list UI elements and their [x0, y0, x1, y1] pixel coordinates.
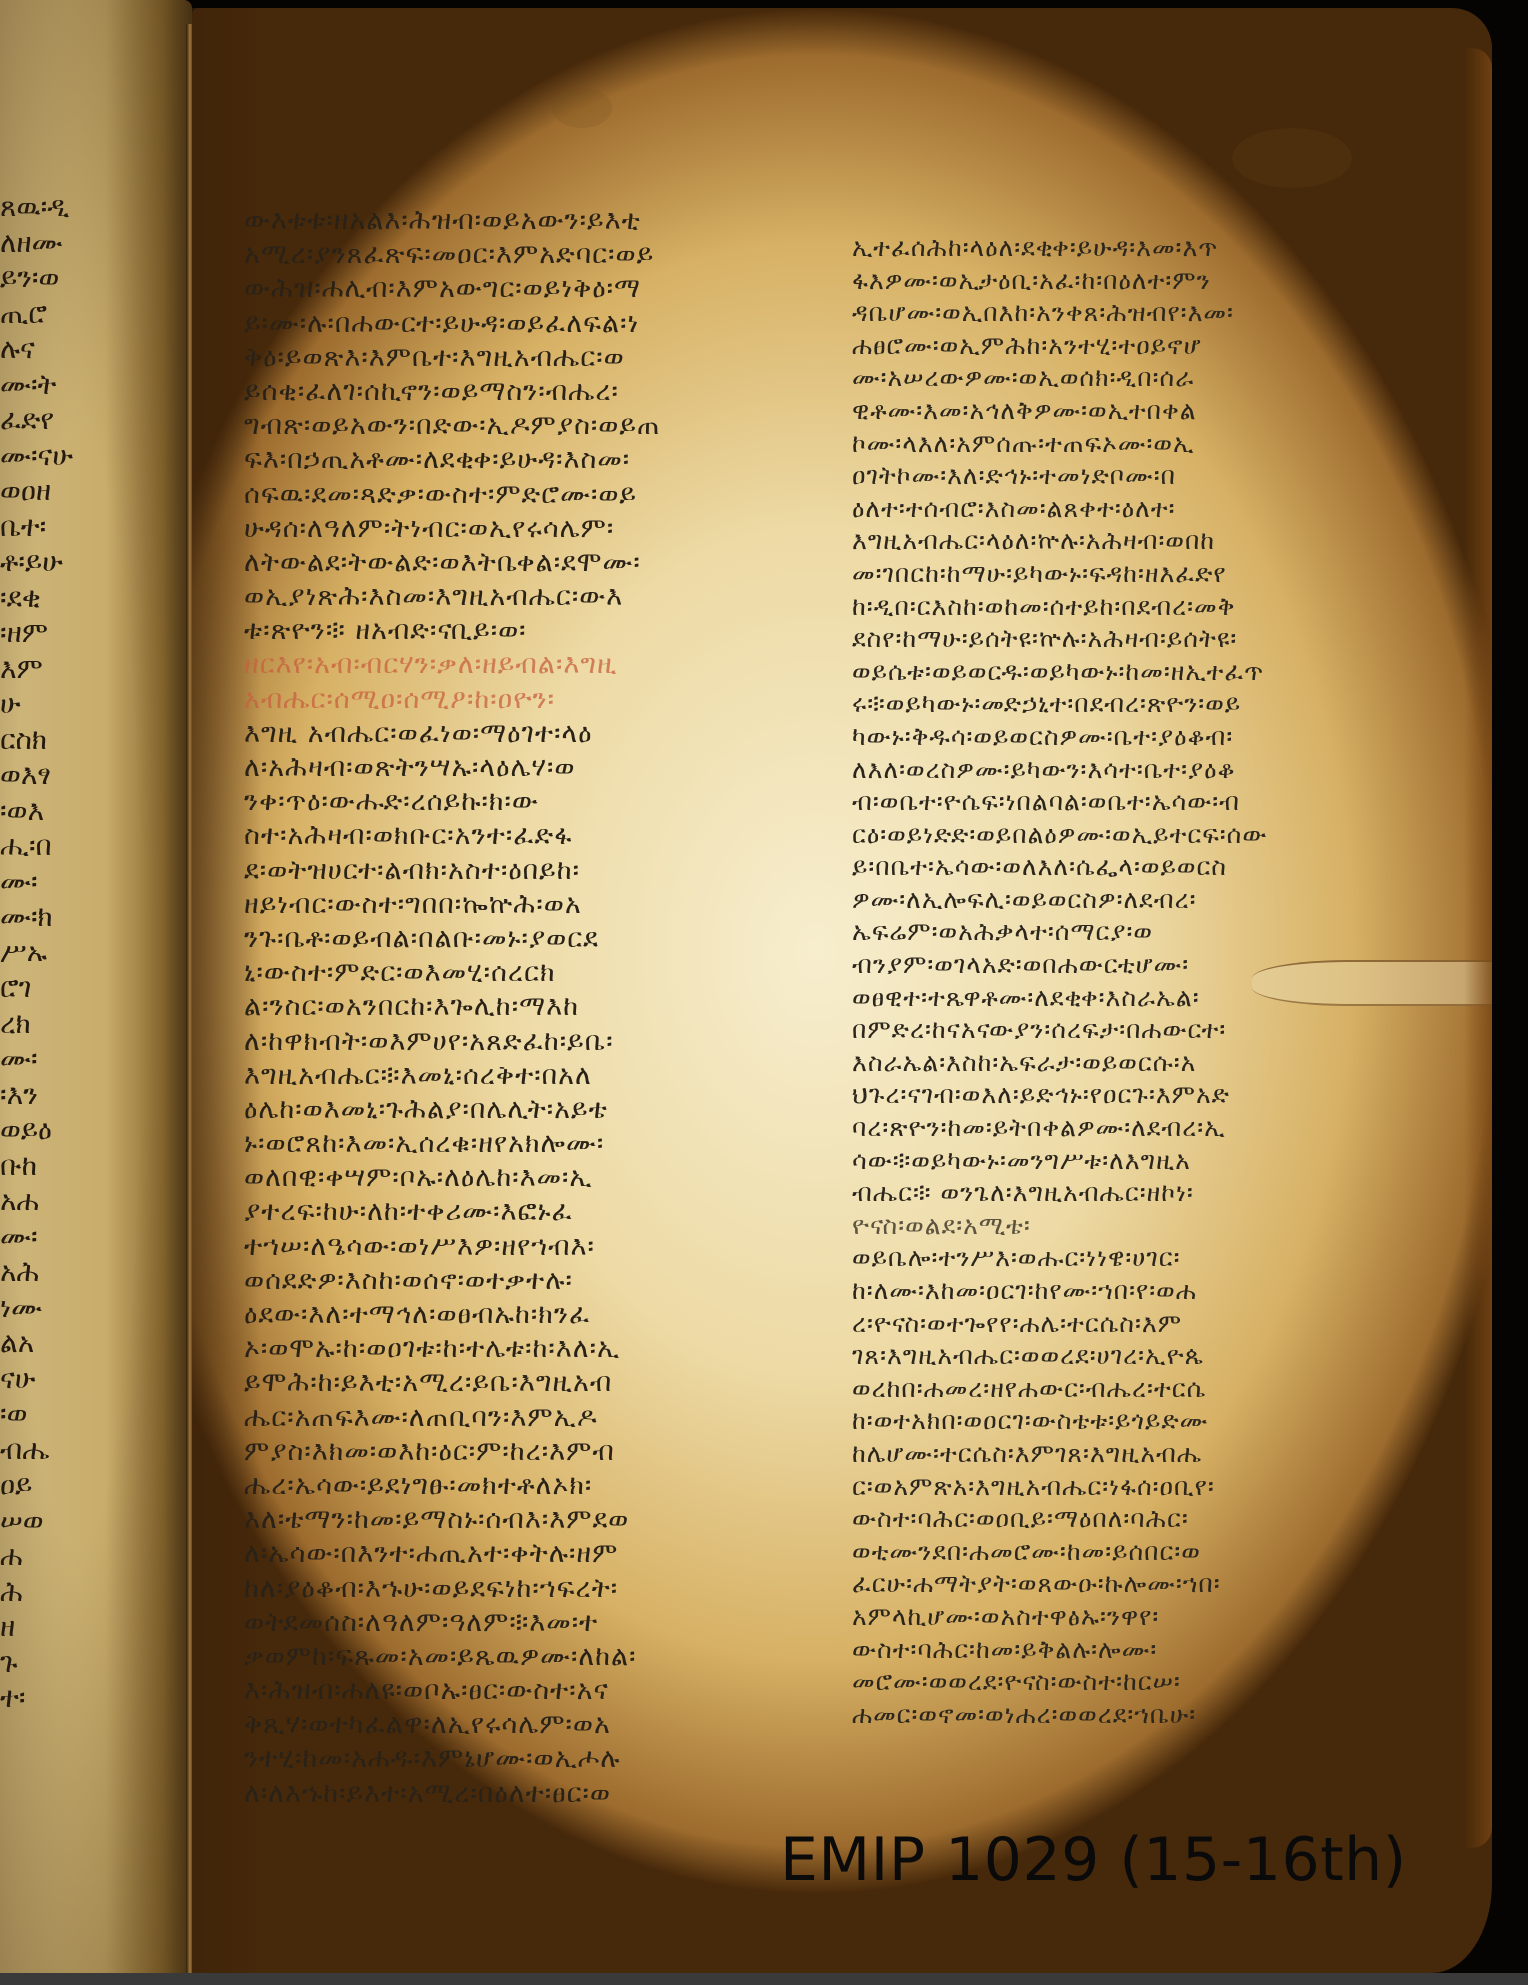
text-line: ብሔር፨ ወንጌለ፡እግዚአብሔር፡ዘኮነ፡ — [852, 1177, 1392, 1210]
text-line: ዘይነብር፡ውስተ፡ግበበ፡ኰኵሕ፡ወአ — [244, 888, 804, 922]
fragment-line: ሁ — [0, 687, 160, 721]
text-line: ለ፡ለእኁከ፡ይእተ፡አሚረ፡በዕለተ፡ፀር፡ወ — [244, 1777, 804, 1811]
text-line: አምላኪሆሙ፡ወአስተዋፅኡ፡ንዋየ፡ — [852, 1601, 1392, 1634]
fragment-line: ርስክ — [0, 723, 160, 757]
fragment-line: ፡እን — [0, 1078, 160, 1112]
fragment-line: ሮገ — [0, 971, 160, 1005]
manuscript-caption: EMIP 1029 (15-16th) — [780, 1825, 1407, 1895]
text-line: ውእቱቱ፡ዘአልእ፡ሕዝብ፡ወይአውን፡ይእቲ — [244, 204, 804, 238]
fragment-line: ዘ — [0, 1610, 160, 1644]
fragment-line: ፡ወ — [0, 1397, 160, 1431]
fragment-line: ረክ — [0, 1007, 160, 1041]
text-line: ሁዳሰ፡ለዓለም፡ትነብር፡ወኢየሩሳሌም፡ — [244, 512, 804, 546]
text-line: ለእለ፡ወረስዎሙ፡ይካውን፡እሳተ፡ቤተ፡ያዕቆ — [852, 754, 1392, 787]
text-line: መ፡ገበርከ፡ከማሁ፡ይካውኑ፡ፍዳከ፡ዘእፈድየ — [852, 558, 1392, 591]
text-line: ከ፡ዲበ፡ርእስከ፡ወከመ፡ሰተይከ፡በደብረ፡መቅ — [852, 591, 1392, 624]
text-line: ፍእ፡በኃጢአቶሙ፡ለደቂቀ፡ይሁዳ፡እስመ፡ — [244, 443, 804, 477]
text-line: ሔረ፡ኤሳው፡ይደነግፁ፡መክተቶለኦክ፡ — [244, 1469, 804, 1503]
fragment-line: ሉና — [0, 332, 160, 366]
text-line: ለ፡ከዋክብት፡ወእምሀየ፡አጸድፈከ፡ይቤ፡ — [244, 1025, 804, 1059]
fragment-line: ሥኡ — [0, 936, 160, 970]
fragment-line: ፡ወእ — [0, 794, 160, 828]
fragment-line: ሙ፡ክ — [0, 900, 160, 934]
text-line: ኒ፡ውስተ፡ምድር፡ወእመሂ፡ሰረርክ — [244, 956, 804, 990]
text-line: ሐፀሮሙ፡ወኢምሕከ፡አንተሂ፡ተዐይኖሆ — [852, 330, 1392, 363]
text-line: ግብጽ፡ወይአውን፡በድው፡ኢዶምያስ፡ወይጠ — [244, 409, 804, 443]
text-line: ዕለተ፡ተሰብሮ፡እስመ፡ልጸቀተ፡ዕለተ፡ — [852, 493, 1392, 526]
text-line: ይ፡ሙ፡ሉ፡በሐውርተ፡ይሁዳ፡ወይፈለፍል፡ነ — [244, 307, 804, 341]
text-line: ውሕዝ፡ሐሊብ፡እምአውግር፡ወይነቅዕ፡ማ — [244, 272, 804, 306]
text-line: ፈርሁ፡ሐማትያት፡ወጸውዑ፡ኩሎሙ፡ኀበ፡ — [852, 1568, 1392, 1601]
rubric-line: ዘርእየ፡አብ፡ብርሃን፡ቃለ፡ዘይብል፡እግዚ — [244, 648, 804, 682]
text-line: ል፡ንስር፡ወአንበርከ፡እጐሊከ፡ማእከ — [244, 990, 804, 1024]
text-line: ወቲሙንደበ፡ሐመሮሙ፡ከመ፡ይሰበር፡ወ — [852, 1536, 1392, 1569]
fragment-line: ቡከ — [0, 1149, 160, 1183]
text-line: እግዚአብሔር፡ላዕለ፡ኵሉ፡አሕዛብ፡ወበከ — [852, 525, 1392, 558]
text-line: ቃወምከ፡ፍጹመ፡አመ፡ይጼዉዎሙ፡ለከል፡ — [244, 1640, 804, 1674]
text-line: ኑ፡ወሮጸከ፡እመ፡ኢሰረቁ፡ዘየአክሎሙ፡ — [244, 1127, 804, 1161]
text-line: ሙ፡አሠረውዎሙ፡ወኢወሰክ፡ዲበ፡ሰራ — [852, 362, 1392, 395]
fragment-line: ሙ፡ — [0, 865, 160, 899]
text-line: ይሰቂ፡ፈለገ፡ሰኪኖን፡ወይማስን፡ብሔረ፡ — [244, 375, 804, 409]
text-line: ብ፡ወቤተ፡ዮሴፍ፡ነበልባል፡ወቤተ፡ኤሳው፡ብ — [852, 786, 1392, 819]
text-line: ወትደመሰስ፡ለዓለም፡ዓለም፨እመ፡ተ — [244, 1606, 804, 1640]
text-line: ከለ፡ያዕቆብ፡እኁሁ፡ወይደፍነከ፡ኀፍረት፡ — [244, 1572, 804, 1606]
fragment-line: ወእፃ — [0, 758, 160, 792]
fragment-line: ብሔ — [0, 1433, 160, 1467]
fragment-line: ወዐዘ — [0, 474, 160, 508]
text-line: ሐመር፡ወኖመ፡ወነሐረ፡ወወረደ፡ኀቤሁ፡ — [852, 1699, 1392, 1732]
fragment-line: ጢሮ — [0, 297, 160, 331]
fragment-line: ነሙ — [0, 1291, 160, 1325]
text-line: ምያስ፡እክመ፡ወእከ፡ዕር፡ም፡ከረ፡እምብ — [244, 1435, 804, 1469]
fragment-line: ይን፡ወ — [0, 261, 160, 295]
text-line: ውስተ፡ባሕር፡ወዐቢይ፡ማዕበለ፡ባሕር፡ — [852, 1503, 1392, 1536]
text-line: ደ፡ወትዝሀርተ፡ልብክ፡አስተ፡ዕበይከ፡ — [244, 854, 804, 888]
text-line: ወኢያነጽሕ፡እስመ፡እግዚአብሔር፡ውእ — [244, 580, 804, 614]
text-line: ለትውልደ፡ትውልድ፡ወእትቤቀል፡ደሞሙ፡ — [244, 546, 804, 580]
text-line: ያተረፍ፡ከሁ፡ለከ፡ተቀሪሙ፡እፎኑፈ — [244, 1195, 804, 1229]
text-line: እግዚአብሔር፨እመኒ፡ሰረቅተ፡በአለ — [244, 1059, 804, 1093]
fragment-line: ሠወ — [0, 1504, 160, 1538]
text-line: ሳው፨ወይካውኑ፡መንግሥቱ፡ለእግዚአ — [852, 1145, 1392, 1178]
text-line: መሮሙ፡ወወረደ፡ዮናስ፡ውስተ፡ከርሠ፡ — [852, 1666, 1392, 1699]
text-line: ወይቤሎ፡ተንሥእ፡ወሑር፡ነነዌ፡ሀገር፡ — [852, 1242, 1392, 1275]
fragment-line: ጸዉ፡ዲ — [0, 190, 160, 224]
fragment-line: ፡ዘም — [0, 616, 160, 650]
fragment-line: ዐይ — [0, 1468, 160, 1502]
text-line: ህጉረ፡ናገብ፡ወእለ፡ይድኅኑ፡የዐርጉ፡እምአድ — [852, 1079, 1392, 1112]
text-line: ንተሂ፡ከመ፡አሐዱ፡እምኔሆሙ፡ወኢሖሉ — [244, 1742, 804, 1776]
text-line: ኤፍሬም፡ወአሕቃላተ፡ሰማርያ፡ወ — [852, 916, 1392, 949]
text-line: ለ፡አሕዛብ፡ወጽትንሣኡ፡ላዕሌሃ፡ወ — [244, 751, 804, 785]
text-line: ቅዕ፡ይወጽእ፡እምቤተ፡እግዚአብሔር፡ወ — [244, 341, 804, 375]
fragment-line: እም — [0, 652, 160, 686]
text-line: ዕሌከ፡ወእመኒ፡ጉሕልያ፡በሌሊት፡አይቴ — [244, 1093, 804, 1127]
text-line: ቅጺሃ፡ወተካፈልዋ፡ለኢየሩሳሌም፡ወአ — [244, 1708, 804, 1742]
fragment-line: ወይዕ — [0, 1113, 160, 1147]
text-line: ወረከበ፡ሐመረ፡ዘየሐውር፡ብሔረ፡ተርሴ — [852, 1373, 1392, 1406]
text-line: ለ፡ኤሳው፡በእንተ፡ሐጢአተ፡ቀትሉ፡ዘም — [244, 1537, 804, 1571]
fragment-line: ናሁ — [0, 1362, 160, 1396]
text-line: ስተ፡አሕዛብ፡ወክቡር፡አንተ፡ፈድፋ — [244, 819, 804, 853]
text-line: ተኀሠ፡ለዔሳው፡ወነሥእዎ፡ዘየኀብእ፡ — [244, 1230, 804, 1264]
text-line: ፋእዎሙ፡ወኢታዕቢ፡አፈ፡ከ፡በዕለተ፡ምን — [852, 265, 1392, 298]
stain — [1232, 128, 1352, 188]
text-line: ረ፡ዮናስ፡ወተጐየየ፡ሐሌ፡ተርሴስ፡እም — [852, 1308, 1392, 1341]
text-line: ንጉ፡ቤቶ፡ወይብል፡በልቡ፡መኑ፡ያወርደ — [244, 922, 804, 956]
text-line: ኮሙ፡ላእለ፡አምሰጡ፡ተጠፍኦሙ፡ወኢ — [852, 428, 1392, 461]
fragment-line: ፡ደቂ — [0, 581, 160, 615]
text-line: ገጸ፡እግዚአብሔር፡ወወረደ፡ሀገረ፡ኢዮጴ — [852, 1340, 1392, 1373]
text-line: ከ፡ለሙ፡እከመ፡ዐርገ፡ከየሙ፡ኀበ፡የ፡ወሐ — [852, 1275, 1392, 1308]
text-line: ወሰደድዎ፡እስከ፡ወሰኖ፡ወተቃተሉ፡ — [244, 1264, 804, 1298]
text-line: ኢተፈሰሕከ፡ላዕለ፡ደቂቀ፡ይሁዳ፡እመ፡እጥ — [852, 232, 1392, 265]
fragment-line: ሙ፡ — [0, 1042, 160, 1076]
text-line: ሩ፨ወይካውኑ፡መድኃኒተ፡በደብረ፡ጽዮን፡ወይ — [852, 688, 1392, 721]
fragment-line: ቤተ፡ — [0, 510, 160, 544]
fragment-line: ሐ — [0, 1539, 160, 1573]
text-column-left: ውእቱቱ፡ዘአልእ፡ሕዝብ፡ወይአውን፡ይእቲአሚረ፡ያንጸፈጽፍ፡መዐር፡እም… — [244, 204, 804, 1811]
fragment-line: ሙ፡ — [0, 1220, 160, 1254]
fragment-line: ሙ፡ናሁ — [0, 439, 160, 473]
text-line: ዐገትኮሙ፡እለ፡ድኅኑ፡ተመነድቦሙ፡በ — [852, 460, 1392, 493]
page-tear-crease — [1252, 960, 1492, 1006]
text-line: በምድረ፡ከናአናውያን፡ሰረፍታ፡በሐውርተ፡ — [852, 1014, 1392, 1047]
text-line: እስራኤል፡እስከ፡ኤፍራታ፡ወይወርሱ፡አ — [852, 1047, 1392, 1080]
text-line: ር፡ወአምጽአ፡እግዚአብሔር፡ነፋሰ፡ዐቢየ፡ — [852, 1471, 1392, 1504]
text-line: አሚረ፡ያንጸፈጽፍ፡መዐር፡እምአድባር፡ወይ — [244, 238, 804, 272]
text-line: ካውኑ፡ቅዱሳ፡ወይወርስዎሙ፡ቤተ፡ያዕቆብ፡ — [852, 721, 1392, 754]
text-line: ኦ፡ወሞኡ፡ከ፡ወዐገቱ፡ከ፡ተሌቱ፡ከ፡እለ፡ኢ — [244, 1332, 804, 1366]
text-line: ይሞሕ፡ከ፡ይእቲ፡አሚረ፡ይቤ፡እግዚአብ — [244, 1366, 804, 1400]
text-line: ዕደው፡እለ፡ተማኅለ፡ወፀብኡከ፡ክንፈ — [244, 1298, 804, 1332]
fragment-line: ሙ፡ት — [0, 368, 160, 402]
left-page-fragment: ጸዉ፡ዲለዘሙይን፡ወጢሮሉናሙ፡ትፈድየሙ፡ናሁወዐዘቤተ፡ቶ፡ይሁ፡ደቂ፡ዘ… — [0, 0, 192, 1975]
text-line: ወይሴቱ፡ወይወርዱ፡ወይካውኑ፡ከመ፡ዘኢተፈጥ — [852, 656, 1392, 689]
text-line: ደስየ፡ከማሁ፡ይሰትዩ፡ኵሉ፡አሕዛብ፡ይሰትዩ፡ — [852, 623, 1392, 656]
bottom-strip — [0, 1973, 1528, 1985]
text-line: ቱ፡ጽዮን፨ ዘአብድ፡ናቢይ፡ወ፡ — [244, 614, 804, 648]
fragment-line: ጉ — [0, 1646, 160, 1680]
fragment-line: ለዘሙ — [0, 226, 160, 260]
fragment-line: አሕ — [0, 1255, 160, 1289]
fragment-line: አሐ — [0, 1184, 160, 1218]
text-line: ዳቤሆሙ፡ወኢበእከ፡አንቀጸ፡ሕዝብየ፡እመ፡ — [852, 297, 1392, 330]
fragment-line: ተ፡ — [0, 1681, 160, 1715]
fragment-line: ሕ — [0, 1575, 160, 1609]
text-line: ዎሙ፡ለኢሎፍሊ፡ወይወርስዎ፡ለደብረ፡ — [852, 884, 1392, 917]
text-line: እግዚ አብሔር፡ወፈነወ፡ማዕገተ፡ላዕ — [244, 717, 804, 751]
fragment-line: ቶ፡ይሁ — [0, 545, 160, 579]
text-line: ይ፡በቤተ፡ኤሳው፡ወለእለ፡ሴፌላ፡ወይወርስ — [852, 851, 1392, 884]
text-line: እ፡ሕዝብ፡ሐለዩ፡ወቦኡ፡ፀር፡ውስተ፡አና — [244, 1674, 804, 1708]
fragment-line: ፈድየ — [0, 403, 160, 437]
text-line: ውስተ፡ባሕር፡ከመ፡ይቅልሉ፡ሎሙ፡ — [852, 1634, 1392, 1667]
text-line: ሔር፡አጠፍእሙ፡ለጠቢባን፡እምኢዶ — [244, 1401, 804, 1435]
text-line: ንቀ፡ጥዕ፡ውሑድ፡ረሰይኩ፡ክ፡ው — [244, 785, 804, 819]
fragment-line: ልአ — [0, 1326, 160, 1360]
rubric-line: አብሔር፡ሰሚዐ፡ሰሚዖ፡ከ፡ዐዮን፡ — [244, 683, 804, 717]
text-line: ከሌሆሙ፡ተርሴስ፡እምገጸ፡እግዚአብሔ — [852, 1438, 1392, 1471]
text-line: ሰፍዉ፡ደመ፡ጻድቃ፡ውስተ፡ምድሮሙ፡ወይ — [244, 478, 804, 512]
stain — [552, 88, 612, 128]
rubric-line: ዮናስ፡ወልደ፡አሚቴ፡ — [852, 1210, 1392, 1243]
text-line: ባረ፡ጽዮን፡ከመ፡ይትበቀልዎሙ፡ለደብረ፡ኢ — [852, 1112, 1392, 1145]
text-line: እለ፡ቴማን፡ከመ፡ይማስኑ፡ሰብእ፡እምደወ — [244, 1503, 804, 1537]
text-line: ዊቶሙ፡እመ፡አኅለቅዎሙ፡ወኢተበቀል — [852, 395, 1392, 428]
text-line: ወለበዊ፡ቀሣም፡ቦኡ፡ለዕሌከ፡እመ፡ኢ — [244, 1161, 804, 1195]
text-line: ርዕ፡ወይነድድ፡ወይበልዕዎሙ፡ወኢይተርፍ፡ሰው — [852, 819, 1392, 852]
fragment-line: ሒ፡በ — [0, 829, 160, 863]
text-line: ከ፡ወተአክበ፡ወዐርገ፡ውስቴቱ፡ይጎይድሙ — [852, 1405, 1392, 1438]
manuscript-page: ውእቱቱ፡ዘአልእ፡ሕዝብ፡ወይአውን፡ይእቲአሚረ፡ያንጸፈጽፍ፡መዐር፡እም… — [192, 8, 1492, 1973]
